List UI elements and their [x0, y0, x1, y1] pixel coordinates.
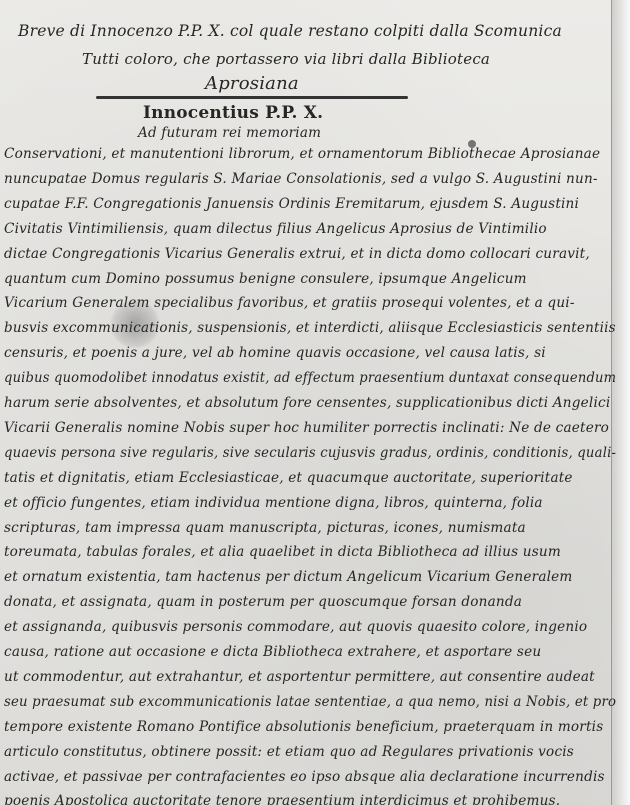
- opening-formula: Ad futuram rei memoriam: [138, 125, 321, 141]
- heading-line-1: Breve di Innocenzo P.P. X. col quale res…: [18, 22, 562, 40]
- pope-title: Innocentius P.P. X.: [143, 103, 323, 123]
- manuscript-line: et assignanda, quibusvis personis commod…: [4, 619, 587, 635]
- manuscript-line: poenis Apostolica auctoritate tenore pra…: [4, 793, 560, 805]
- manuscript-line: toreumata, tabulas forales, et alia quae…: [4, 544, 561, 560]
- manuscript-line: ut commodentur, aut extrahantur, et aspo…: [4, 669, 595, 685]
- manuscript-line: cupatae F.F. Congregationis Januensis Or…: [4, 196, 579, 212]
- manuscript-line: tatis et dignitatis, etiam Ecclesiastica…: [4, 470, 573, 486]
- manuscript-line: tempore existente Romano Pontifice absol…: [4, 719, 603, 735]
- manuscript-line: harum serie absolventes, et absolutum fo…: [4, 395, 610, 411]
- manuscript-line: et officio fungentes, etiam individua me…: [4, 495, 543, 511]
- manuscript-line: scripturas, tam impressa quam manuscript…: [4, 520, 526, 536]
- manuscript-line: Civitatis Vintimiliensis, quam dilectus …: [4, 221, 547, 237]
- manuscript-line: donata, et assignata, quam in posterum p…: [4, 594, 522, 610]
- manuscript-line: nuncupatae Domus regularis S. Mariae Con…: [4, 171, 598, 187]
- heading-line-2: Tutti coloro, che portassero via libri d…: [82, 50, 490, 68]
- manuscript-line: Vicarium Generalem specialibus favoribus…: [4, 295, 575, 311]
- manuscript-line: Conservationi, et manutentioni librorum,…: [4, 146, 600, 162]
- manuscript-line: seu praesumat sub excommunicationis lata…: [4, 694, 616, 710]
- manuscript-line: quibus quomodolibet innodatus existit, a…: [4, 370, 616, 386]
- manuscript-line: causa, ratione aut occasione e dicta Bib…: [4, 644, 541, 660]
- manuscript-line: activae, et passivae per contrafacientes…: [4, 769, 605, 785]
- manuscript-line: Vicarii Generalis nomine Nobis super hoc…: [4, 420, 609, 436]
- heading-underline: [96, 96, 408, 99]
- manuscript-line: articulo constitutus, obtinere possit: e…: [4, 744, 574, 760]
- manuscript-line: censuris, et poenis a jure, vel ab homin…: [4, 345, 546, 361]
- manuscript-line: quaevis persona sive regularis, sive sec…: [4, 445, 616, 461]
- page-edge: [611, 0, 630, 805]
- heading-line-3: Aprosiana: [205, 73, 299, 94]
- manuscript-page: Breve di Innocenzo P.P. X. col quale res…: [0, 0, 630, 805]
- manuscript-line: busvis excommunicationis, suspensionis, …: [4, 320, 616, 336]
- manuscript-line: quantum cum Domino possumus benigne cons…: [4, 271, 527, 287]
- manuscript-line: et ornatum existentia, tam hactenus per …: [4, 569, 573, 585]
- manuscript-line: dictae Congregationis Vicarius Generalis…: [4, 246, 590, 262]
